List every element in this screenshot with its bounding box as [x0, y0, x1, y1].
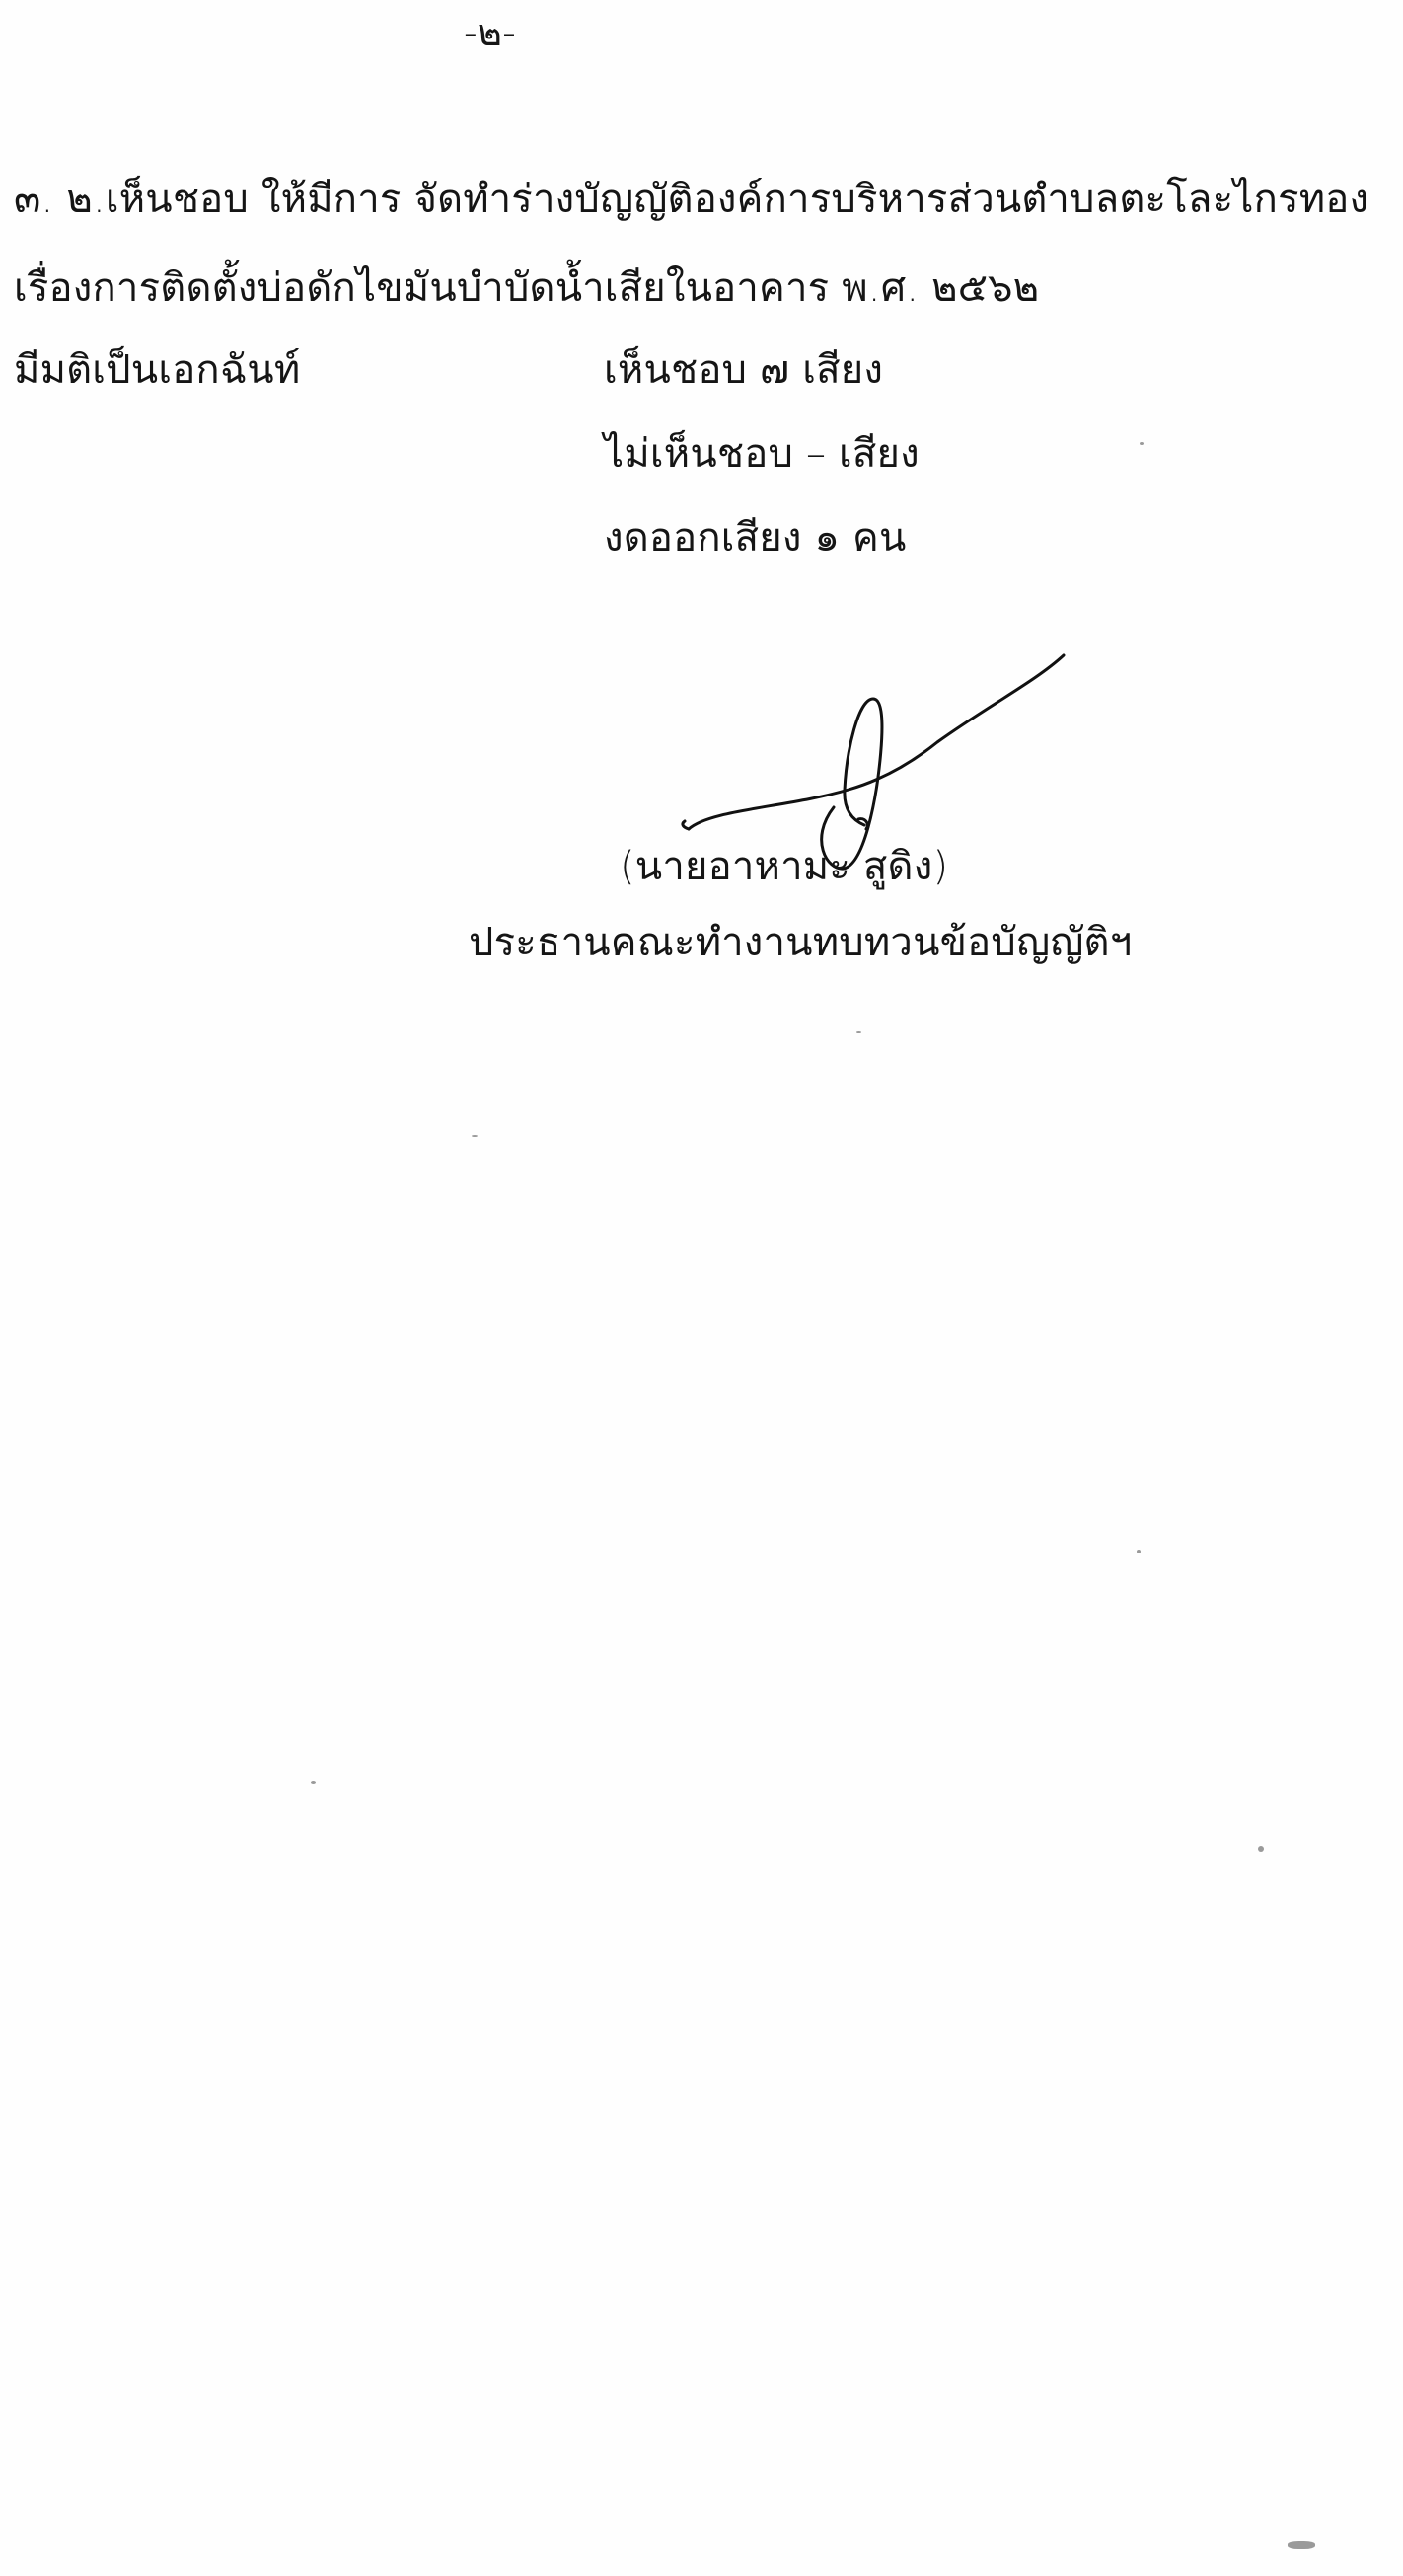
scan-speck — [311, 1781, 316, 1784]
signer-title: ประธานคณะทำงานทบทวนข้อบัญญัติฯ — [469, 923, 1132, 962]
body-line-2: เรื่องการติดตั้งบ่อดักไขมันบำบัดน้ำเสียใ… — [14, 268, 1039, 308]
scan-speck — [472, 1135, 478, 1137]
signature-icon — [671, 642, 1085, 878]
resolution-text: มีมติเป็นเอกฉันท์ — [14, 350, 300, 390]
body-line-1: ๓. ๒.เห็นชอบ ให้มีการ จัดทำร่างบัญญัติอง… — [14, 180, 1368, 219]
scan-speck — [856, 1031, 861, 1033]
page-number: -๒- — [464, 14, 516, 51]
scan-speck — [1258, 1846, 1264, 1852]
scan-speck — [1137, 1550, 1141, 1553]
signer-name: (นายอาหามะ สูดิง) — [620, 847, 948, 886]
vote-abstain: งดออกเสียง ๑ คน — [604, 518, 907, 558]
vote-reject: ไม่เห็นชอบ – เสียง — [604, 434, 920, 474]
scan-speck — [1288, 2541, 1315, 2549]
vote-approve: เห็นชอบ ๗ เสียง — [604, 350, 883, 390]
scan-speck — [1140, 442, 1144, 445]
document-page: -๒- ๓. ๒.เห็นชอบ ให้มีการ จัดทำร่างบัญญั… — [0, 0, 1403, 2576]
